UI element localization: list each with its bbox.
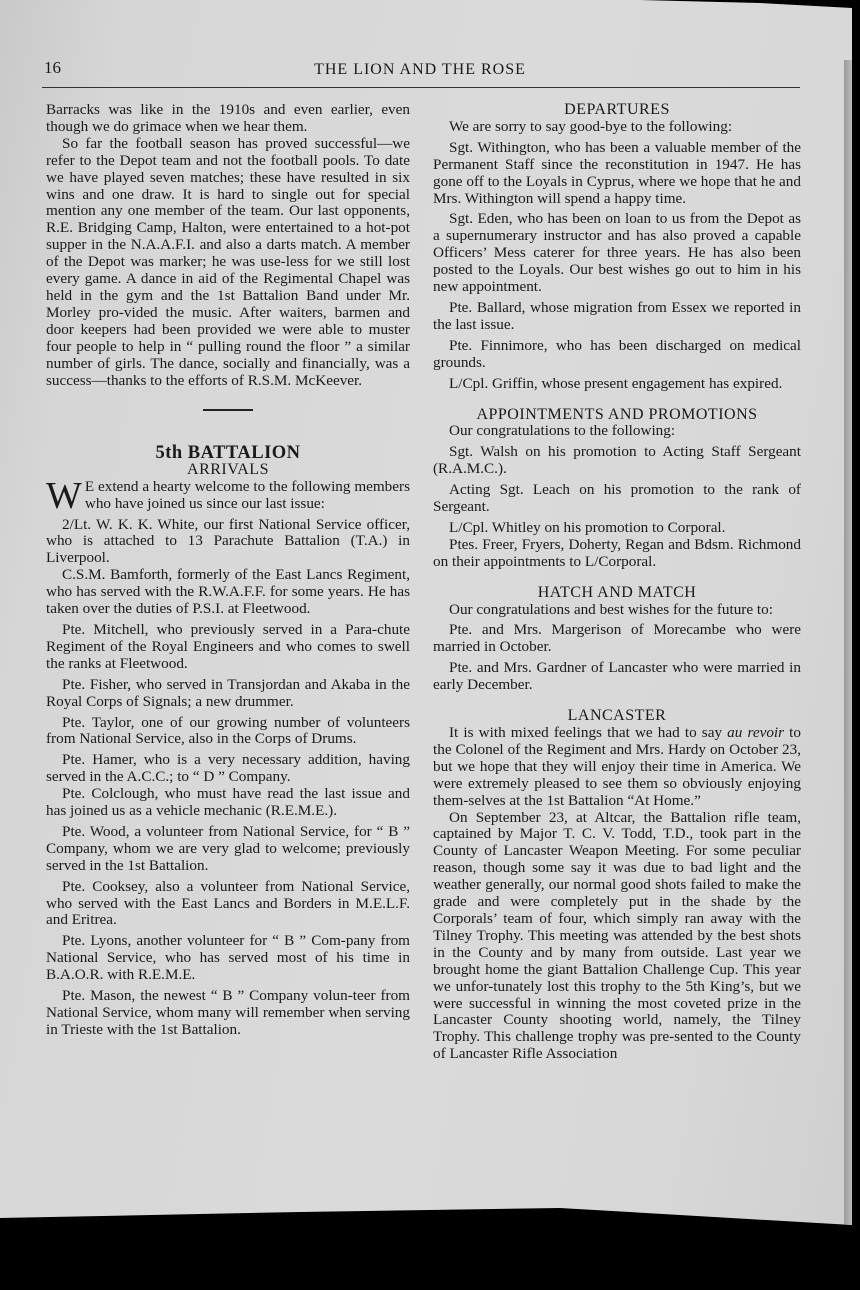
right-column: DEPARTURES We are sorry to say good-bye … (433, 102, 801, 1063)
italic-phrase: au revoir (727, 724, 784, 741)
section-heading-hatch-and-match: HATCH AND MATCH (433, 585, 801, 602)
arrival-entry: Pte. Cooksey, also a volunteer from Nati… (46, 879, 410, 930)
section-heading-arrivals: ARRIVALS (46, 462, 410, 479)
arrival-entry: 2/Lt. W. K. K. White, our first National… (46, 517, 410, 568)
arrivals-intro: W E extend a hearty welcome to the follo… (46, 479, 410, 513)
paragraph: E extend a hearty welcome to the followi… (46, 479, 410, 513)
paragraph: Our congratulations and best wishes for … (433, 602, 801, 619)
arrival-entry: Pte. Wood, a volunteer from National Ser… (46, 824, 410, 875)
drop-cap: W (46, 481, 82, 511)
appointment-entry: Sgt. Walsh on his promotion to Acting St… (433, 444, 801, 478)
section-heading-departures: DEPARTURES (433, 102, 801, 119)
appointment-entry: Acting Sgt. Leach on his promotion to th… (433, 482, 801, 516)
arrival-entry: Pte. Fisher, who served in Transjordan a… (46, 677, 410, 711)
departure-entry: Pte. Ballard, whose migration from Essex… (433, 300, 801, 334)
departure-entry: Sgt. Withington, who has been a valuable… (433, 140, 801, 208)
hatch-entry: Pte. and Mrs. Margerison of Morecambe wh… (433, 622, 801, 656)
paragraph: Barracks was like in the 1910s and even … (46, 102, 410, 136)
battalion-heading: 5th BATTALION (46, 445, 410, 462)
arrival-entry: Pte. Mason, the newest “ B ” Company vol… (46, 988, 410, 1039)
page-header: 16 THE LION AND THE ROSE (40, 58, 800, 88)
magazine-page: 16 THE LION AND THE ROSE Barracks was li… (0, 0, 852, 1225)
arrival-entry: Pte. Colclough, who must have read the l… (46, 786, 410, 820)
arrival-entry: C.S.M. Bamforth, formerly of the East La… (46, 567, 410, 618)
departure-entry: Sgt. Eden, who has been on loan to us fr… (433, 211, 801, 296)
hatch-entry: Pte. and Mrs. Gardner of Lancaster who w… (433, 660, 801, 694)
arrival-entry: Pte. Taylor, one of our growing number o… (46, 715, 410, 749)
running-title: THE LION AND THE ROSE (40, 61, 800, 79)
text: It is with mixed feelings that we had to… (449, 724, 727, 741)
paragraph: On September 23, at Altcar, the Battalio… (433, 810, 801, 1064)
arrival-entry: Pte. Lyons, another volunteer for “ B ” … (46, 933, 410, 984)
appointment-entry: Ptes. Freer, Fryers, Doherty, Regan and … (433, 537, 801, 571)
left-column: Barracks was like in the 1910s and even … (46, 102, 410, 1039)
section-divider (203, 409, 253, 411)
arrival-entry: Pte. Hamer, who is a very necessary addi… (46, 752, 410, 786)
appointment-entry: L/Cpl. Whitley on his promotion to Corpo… (433, 520, 801, 537)
departure-entry: Pte. Finnimore, who has been discharged … (433, 338, 801, 372)
departure-entry: L/Cpl. Griffin, whose present engagement… (433, 376, 801, 393)
page-edge (844, 60, 852, 1230)
paragraph: We are sorry to say good-bye to the foll… (433, 119, 801, 136)
arrival-entry: Pte. Mitchell, who previously served in … (46, 622, 410, 673)
section-heading-appointments: APPOINTMENTS AND PROMOTIONS (433, 407, 801, 424)
paragraph: It is with mixed feelings that we had to… (433, 725, 801, 810)
header-rule (42, 87, 800, 88)
paragraph: So far the football season has proved su… (46, 136, 410, 390)
paragraph: Our congratulations to the following: (433, 423, 801, 440)
section-heading-lancaster: LANCASTER (433, 708, 801, 725)
